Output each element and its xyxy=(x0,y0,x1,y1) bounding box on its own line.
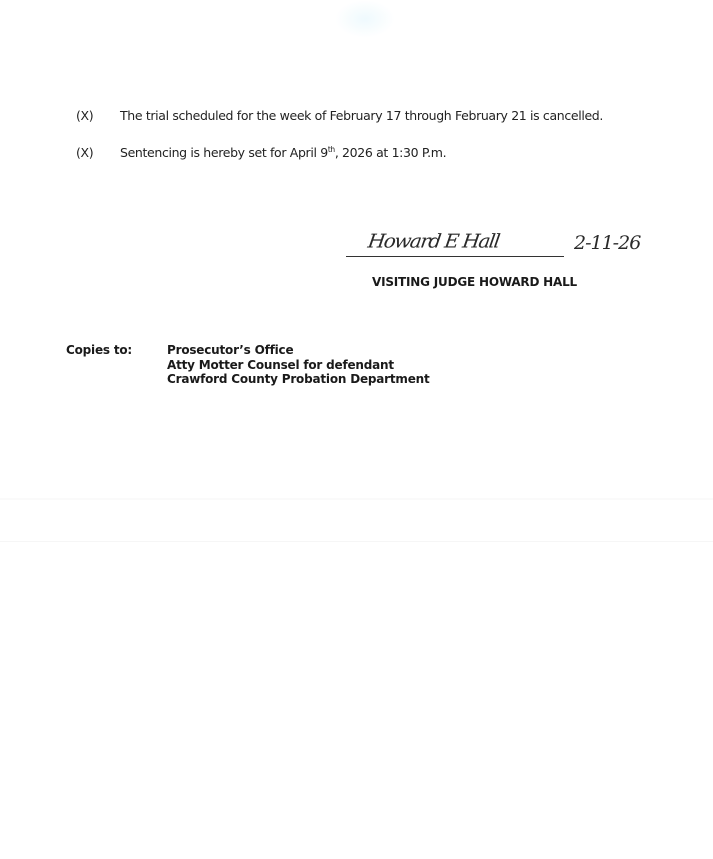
handwritten-signature: Howard E Hall xyxy=(366,230,500,253)
order-item-trial-cancelled: (X)The trial scheduled for the week of F… xyxy=(76,108,603,123)
order-item-text-cont: , 2026 at 1:30 P.m. xyxy=(335,145,446,160)
signature-block: Howard E Hall 2-11-26 VISITING JUDGE HOW… xyxy=(346,226,656,296)
scan-artifact-line xyxy=(0,541,713,542)
scan-artifact-line xyxy=(0,498,713,500)
order-item-sentencing: (X)Sentencing is hereby set for April 9t… xyxy=(76,145,446,160)
order-item-text: The trial scheduled for the week of Febr… xyxy=(120,108,603,123)
checkbox-mark: (X) xyxy=(76,145,120,160)
handwritten-date: 2-11-26 xyxy=(574,232,640,254)
copies-recipient: Atty Motter Counsel for defendant xyxy=(167,358,430,373)
copies-label: Copies to: xyxy=(66,343,132,358)
copies-recipient-list: Prosecutor’s Office Atty Motter Counsel … xyxy=(167,343,430,387)
copies-recipient: Prosecutor’s Office xyxy=(167,343,430,358)
judge-title: VISITING JUDGE HOWARD HALL xyxy=(372,275,577,289)
checkbox-mark: (X) xyxy=(76,108,120,123)
scan-artifact xyxy=(335,0,395,38)
signature-line xyxy=(346,256,564,257)
order-item-text: Sentencing is hereby set for April 9 xyxy=(120,145,328,160)
document-page: (X)The trial scheduled for the week of F… xyxy=(0,0,713,859)
copies-recipient: Crawford County Probation Department xyxy=(167,372,430,387)
ordinal-suffix: th xyxy=(328,145,335,154)
